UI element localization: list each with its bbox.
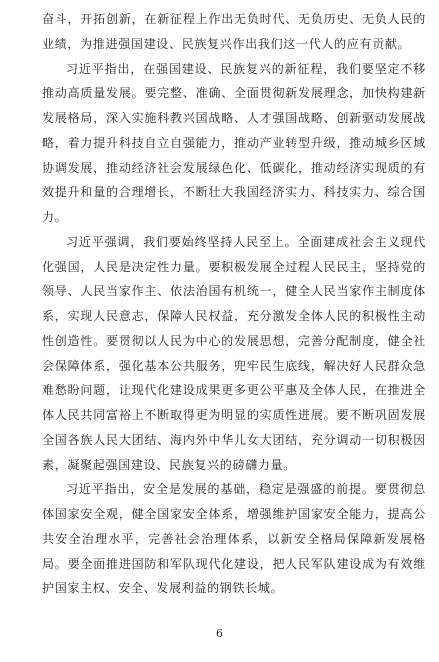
paragraph-continuation: 奋斗，开拓创新，在新征程上作出无负时代、无负历史、无负人民的业绩，为推进强国建设… [42, 7, 426, 57]
page-body: 奋斗，开拓创新，在新征程上作出无负时代、无负历史、无负人民的业绩，为推进强国建设… [42, 7, 426, 601]
paragraph-people-first: 习近平强调，我们要始终坚持人民至上。全面建成社会主义现代化强国，人民是决定性力量… [42, 230, 426, 478]
paragraph-security: 习近平指出，安全是发展的基础，稳定是强盛的前提。要贯彻总体国家安全观，健全国家安… [42, 477, 426, 601]
paragraph-high-quality-development: 习近平指出，在强国建设、民族复兴的新征程，我们要坚定不移推动高质量发展。要完整、… [42, 57, 426, 230]
page-number: 6 [0, 627, 439, 640]
document-page: 奋斗，开拓创新，在新征程上作出无负时代、无负历史、无负人民的业绩，为推进强国建设… [0, 0, 439, 662]
